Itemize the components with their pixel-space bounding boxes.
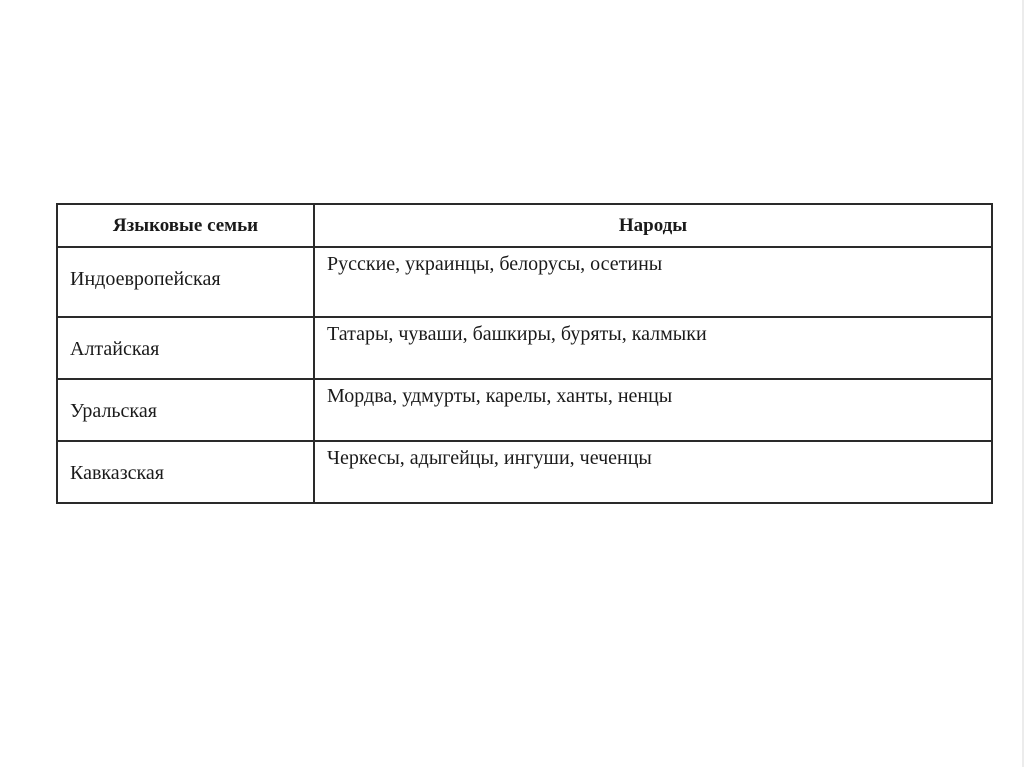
peoples-cell: Русские, украинцы, белорусы, осетины [314,247,992,317]
peoples-list: Татары, чуваши, башкиры, буряты, калмыки [327,318,991,346]
peoples-cell: Мордва, удмурты, карелы, ханты, ненцы [314,379,992,441]
peoples-list: Черкесы, адыгейцы, ингуши, чеченцы [327,442,991,470]
peoples-list: Мордва, удмурты, карелы, ханты, ненцы [327,380,991,408]
table-row: Уральская Мордва, удмурты, карелы, ханты… [57,379,992,441]
header-peoples: Народы [314,204,992,247]
table-row: Кавказская Черкесы, адыгейцы, ингуши, че… [57,441,992,503]
family-name: Кавказская [70,442,313,485]
table-header-row: Языковые семьи Народы [57,204,992,247]
family-cell: Алтайская [57,317,314,379]
family-name: Индоевропейская [70,248,313,291]
header-language-families: Языковые семьи [57,204,314,247]
header-label: Народы [315,214,991,237]
family-name: Уральская [70,380,313,423]
language-families-table: Языковые семьи Народы Индоевропейская Ру… [56,203,993,504]
family-cell: Кавказская [57,441,314,503]
table-row: Алтайская Татары, чуваши, башкиры, бурят… [57,317,992,379]
peoples-cell: Черкесы, адыгейцы, ингуши, чеченцы [314,441,992,503]
peoples-cell: Татары, чуваши, башкиры, буряты, калмыки [314,317,992,379]
family-cell: Уральская [57,379,314,441]
family-name: Алтайская [70,318,313,361]
header-label: Языковые семьи [58,214,313,237]
table-row: Индоевропейская Русские, украинцы, белор… [57,247,992,317]
family-cell: Индоевропейская [57,247,314,317]
peoples-list: Русские, украинцы, белорусы, осетины [327,248,991,276]
